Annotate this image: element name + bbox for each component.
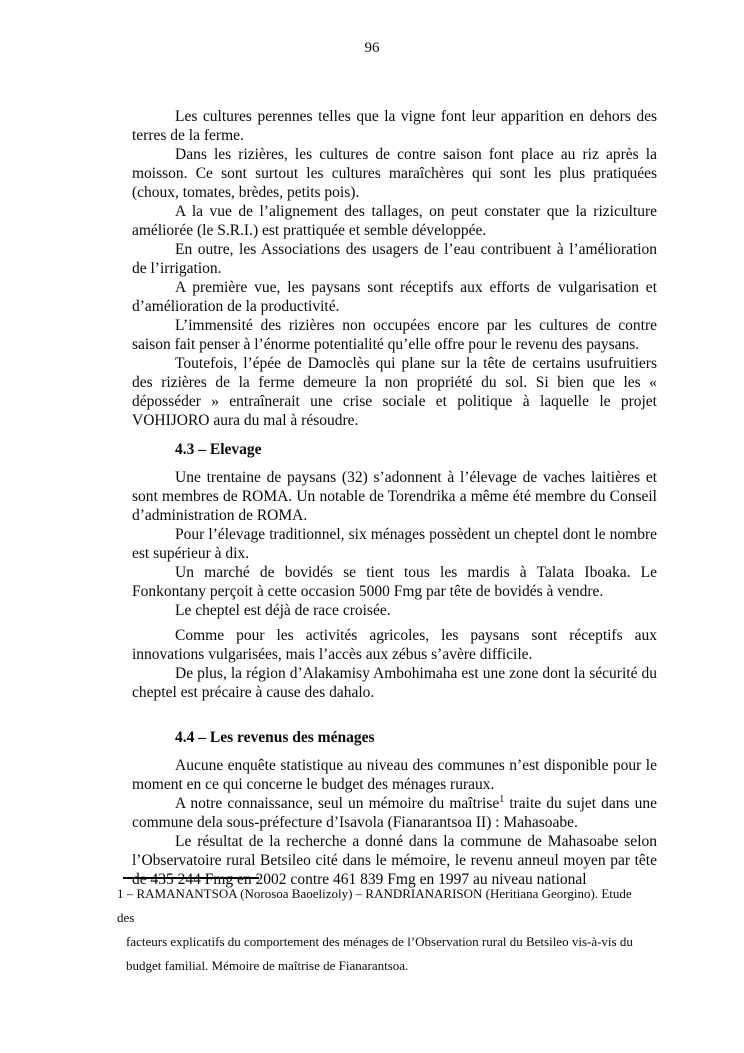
footnote-line: 1 – RAMANANTSOA (Norosoa Baoelizoly) – R… xyxy=(117,882,652,930)
paragraph: Les cultures perennes telles que la vign… xyxy=(132,107,657,145)
paragraph: Le cheptel est déjà de race croisée. xyxy=(132,601,657,620)
footnote-separator xyxy=(123,877,259,879)
paragraph: Un marché de bovidés se tient tous les m… xyxy=(132,563,657,601)
section-heading-4-4: 4.4 – Les revenus des ménages xyxy=(132,728,657,747)
paragraph: A première vue, les paysans sont récepti… xyxy=(132,278,657,316)
paragraph: Une trentaine de paysans (32) s’adonnent… xyxy=(132,468,657,525)
paragraph-with-footnote-ref: A notre connaissance, seul un mémoire du… xyxy=(132,794,657,832)
section-heading-4-3: 4.3 – Elevage xyxy=(132,440,657,459)
paragraph: L’immensité des rizières non occupées en… xyxy=(132,316,657,354)
paragraph: Dans les rizières, les cultures de contr… xyxy=(132,145,657,202)
footnote-line: budget familial. Mémoire de maîtrise de … xyxy=(117,954,652,978)
paragraph: A la vue de l’alignement des tallages, o… xyxy=(132,202,657,240)
paragraph: Le résultat de la recherche a donné dans… xyxy=(132,832,657,889)
paragraph: En outre, les Associations des usagers d… xyxy=(132,240,657,278)
page-body-text: Les cultures perennes telles que la vign… xyxy=(132,107,657,889)
paragraph: De plus, la région d’Alakamisy Ambohimah… xyxy=(132,664,657,702)
page-number: 96 xyxy=(0,40,744,57)
footnote-line: facteurs explicatifs du comportement des… xyxy=(117,930,652,954)
paragraph: Aucune enquête statistique au niveau des… xyxy=(132,756,657,794)
footnote: 1 – RAMANANTSOA (Norosoa Baoelizoly) – R… xyxy=(117,882,652,978)
document-page: 96 Les cultures perennes telles que la v… xyxy=(0,0,744,1053)
paragraph: Toutefois, l’épée de Damoclès qui plane … xyxy=(132,354,657,430)
paragraph-text: A notre connaissance, seul un mémoire du… xyxy=(175,795,499,812)
paragraph: Comme pour les activités agricoles, les … xyxy=(132,626,657,664)
paragraph: Pour l’élevage traditionnel, six ménages… xyxy=(132,525,657,563)
